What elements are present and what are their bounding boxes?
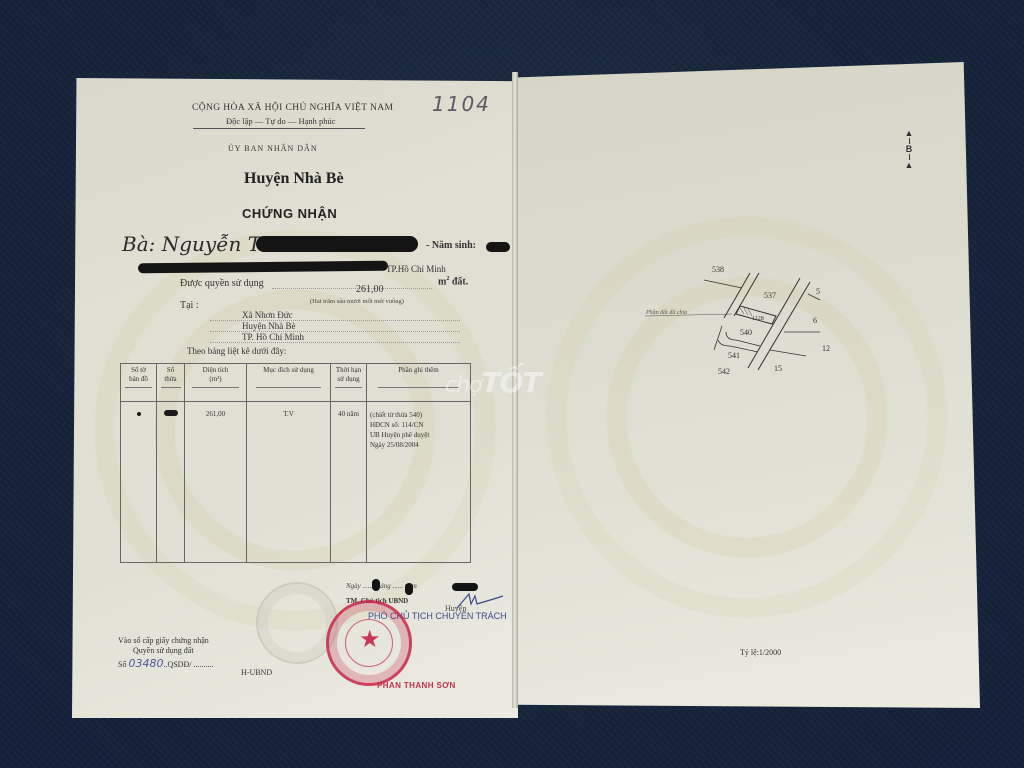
land-parcel-table: Số tờbản đồ Sốthửa Diện tích(m²) Mục đíc… [120, 363, 471, 563]
signature-icon [455, 590, 505, 612]
registry-prefix: Số [118, 660, 126, 669]
plot-handwritten-label: Phần đất đã chia [645, 309, 687, 316]
map-sheet-redaction [137, 412, 141, 416]
map-scale: Tỷ lệ:1/2000 [740, 648, 781, 657]
official-red-seal: ★ [326, 600, 412, 686]
watermark-text: TỐT [482, 366, 541, 399]
col-map-sheet: Số tờbản đồ [121, 364, 157, 402]
birth-year-label: - Năm sinh: [426, 240, 476, 251]
parcel-no-redaction [164, 410, 178, 416]
certificate-title: CHỨNG NHẬN [242, 206, 337, 221]
registry-line-2: Quyền sử dụng đất [133, 646, 194, 655]
cell-map-sheet [121, 402, 157, 563]
parcel-label: 537 [764, 291, 776, 300]
registry-number-line: Số 03480..QSDĐ/ .......... [118, 657, 213, 670]
table-intro: Theo bảng liệt kê dưới đây: [187, 346, 286, 356]
plot-map: Phần đất đã chia 538 537 5 6 12 15 540 5… [640, 250, 850, 380]
dotted-line [272, 288, 432, 289]
signer-name: PHAN THANH SƠN [377, 681, 456, 690]
north-compass: ▲ B ▲ [902, 128, 916, 188]
note-line: HĐCN số: 114/CN [370, 420, 469, 430]
nation-header: CỘNG HÒA XÃ HỘI CHỦ NGHĨA VIỆT NAM [192, 103, 393, 113]
rights-label: Được quyền sử dụng [180, 278, 264, 289]
issuer-district: Huyện Nhà Bè [244, 170, 344, 188]
location-commune: Xã Nhơn Đức [242, 310, 293, 320]
highlighted-parcel-label: 1128 [752, 316, 764, 322]
registry-suffix: ..QSDĐ/ .......... [163, 660, 213, 669]
registry-office: H-UBND [241, 668, 272, 677]
table-header-row: Số tờbản đồ Sốthửa Diện tích(m²) Mục đíc… [121, 364, 471, 402]
watermark-logo: chợTỐT [445, 366, 541, 399]
compass-label: B [902, 144, 916, 154]
col-parcel-no: Sốthửa [157, 364, 185, 402]
note-line: (chiết từ thửa 540) [370, 410, 469, 420]
day-redaction [372, 579, 380, 591]
col-term: Thời hạnsử dụng [331, 364, 367, 402]
cell-term: 40 năm [331, 402, 367, 563]
area-unit: m2 đất. [438, 276, 468, 287]
parcel-label: 542 [718, 367, 730, 376]
header-divider [193, 128, 365, 129]
arrow-up-icon: ▲ [902, 160, 916, 170]
cell-parcel-no [157, 402, 185, 563]
cell-notes: (chiết từ thửa 540) HĐCN số: 114/CN UB H… [367, 402, 471, 563]
embossed-seal [256, 582, 338, 664]
registry-number: 03480 [128, 657, 163, 670]
star-icon: ★ [359, 625, 381, 653]
col-area: Diện tích(m²) [185, 364, 247, 402]
dotted-line [210, 342, 460, 343]
area-in-words: (Hai trăm sáu mươi mốt mét vuông) [310, 298, 404, 305]
parcel-label: 6 [813, 316, 817, 325]
parcel-label: 15 [774, 364, 782, 373]
issuer-committee: ỦY BAN NHÂN DÂN [228, 144, 318, 153]
cell-area: 261,00 [185, 402, 247, 563]
holder-city: TP.Hồ Chí Minh [386, 264, 446, 274]
parcel-label: 12 [822, 344, 830, 353]
parcel-label: 538 [712, 265, 724, 274]
name-redaction [256, 236, 418, 252]
month-redaction [405, 583, 413, 595]
parcel-label: 540 [740, 328, 752, 337]
location-label: Tại : [180, 300, 199, 311]
watermark-text: chợ [445, 373, 482, 398]
col-purpose: Mục đích sử dụng [247, 364, 331, 402]
location-district: Huyện Nhà Bè [242, 321, 296, 331]
parcel-label: 541 [728, 351, 740, 360]
handwritten-number: 1104 [432, 92, 491, 116]
parcel-label: 5 [816, 287, 820, 296]
table-row: 261,00 T.V 40 năm (chiết từ thửa 540) HĐ… [121, 402, 471, 563]
arrow-up-icon: ▲ [902, 128, 916, 138]
birth-year-redaction [486, 242, 510, 252]
registry-line-1: Vào sổ cấp giấy chứng nhận [118, 636, 209, 645]
note-line: UB Huyện phê duyệt [370, 430, 469, 440]
area-value: 261,00 [356, 284, 384, 295]
note-line: Ngày 25/08/2004 [370, 440, 469, 450]
location-city: TP. Hồ Chí Minh [242, 332, 304, 342]
holder-name: Bà: Nguyễn T [122, 232, 261, 256]
cell-purpose: T.V [247, 402, 331, 563]
national-motto: Độc lập — Tự do — Hạnh phúc [226, 116, 336, 126]
